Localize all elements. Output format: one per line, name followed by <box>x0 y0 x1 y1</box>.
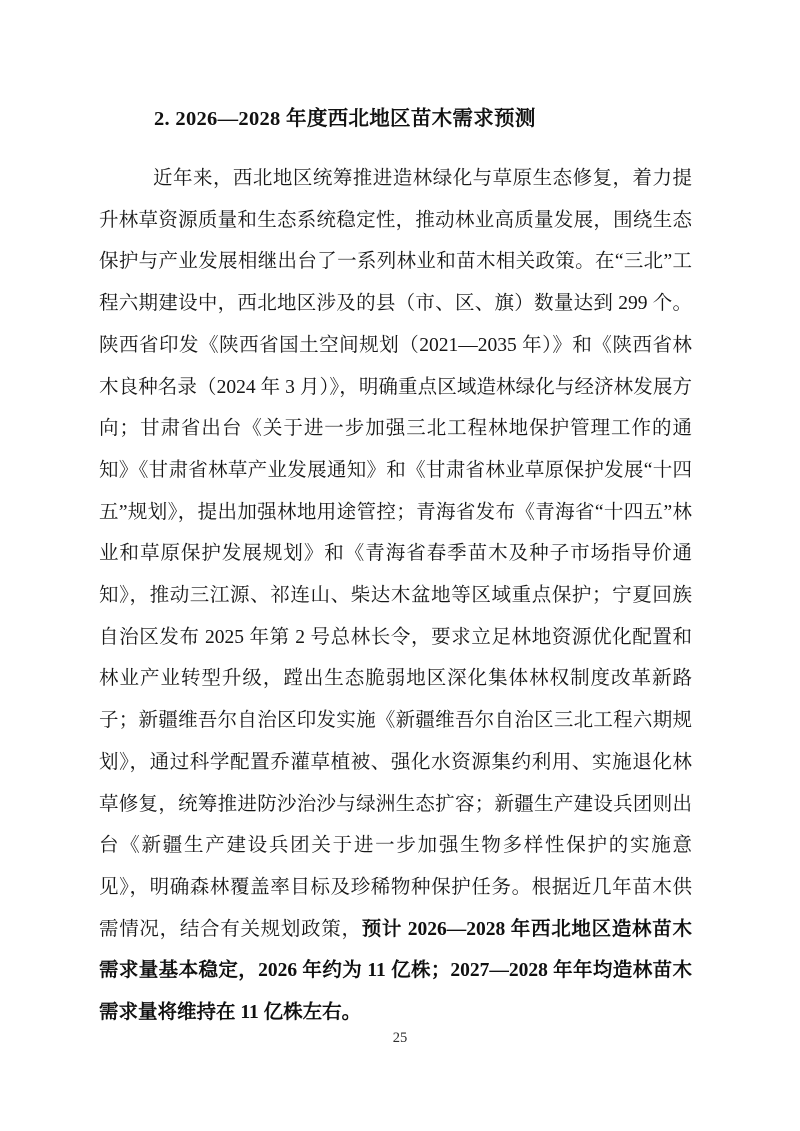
page-content: 2. 2026—2028 年度西北地区苗木需求预测 近年来，西北地区统筹推进造林… <box>0 0 800 1034</box>
document-page: 2. 2026—2028 年度西北地区苗木需求预测 近年来，西北地区统筹推进造林… <box>0 0 800 1131</box>
paragraph-regular-text: 近年来，西北地区统筹推进造林绿化与草原生态修复，着力提升林草资源质量和生态系统稳… <box>99 168 692 940</box>
page-number: 25 <box>0 1030 800 1047</box>
section-heading: 2. 2026—2028 年度西北地区苗木需求预测 <box>99 106 692 132</box>
body-paragraph: 近年来，西北地区统筹推进造林绿化与草原生态修复，着力提升林草资源质量和生态系统稳… <box>99 158 692 1034</box>
